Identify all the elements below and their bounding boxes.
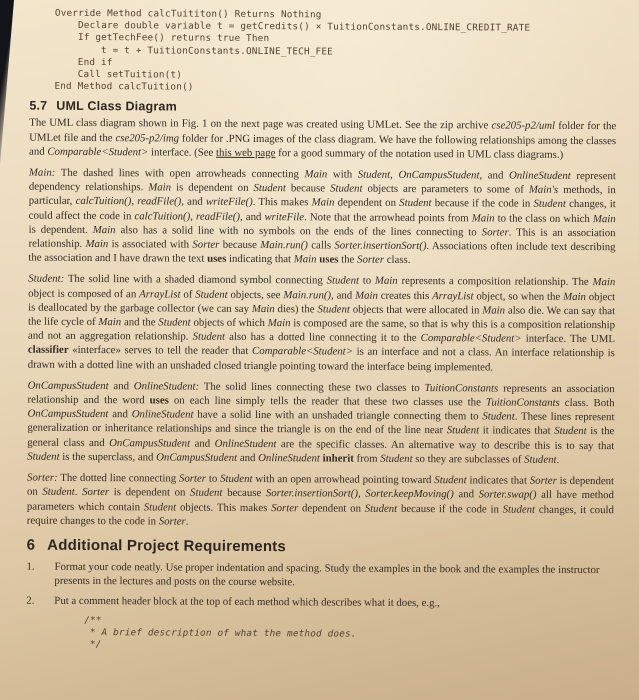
- list-item-text: Format your code neatly. Use proper inde…: [54, 560, 613, 592]
- text-run: Sorter: [357, 254, 384, 266]
- text-run: class.: [384, 254, 410, 266]
- code-line: End Method calcTuition(): [54, 81, 616, 97]
- text-run: Main: [85, 238, 108, 250]
- text-run: because: [219, 239, 260, 251]
- text-run: readFile(): [196, 210, 240, 222]
- text-run: Student: [317, 303, 349, 315]
- text-run: Sorter: [159, 515, 186, 527]
- text-run: objects, see: [228, 288, 284, 300]
- text-run: Main: [592, 277, 615, 289]
- text-run: Student:: [28, 273, 64, 285]
- text-run: ArrayList: [432, 290, 473, 302]
- text-run: and: [190, 437, 215, 449]
- text-run: objects that were allocated in: [350, 303, 482, 316]
- text-run: Student: [554, 425, 586, 437]
- requirements-list: 1. Format your code neatly. Use proper i…: [26, 560, 613, 612]
- text-run: OnCampusStudent: [398, 169, 479, 181]
- text-run: objects of which: [191, 317, 268, 329]
- comment-header-example-block: /** * A brief description of what the me…: [84, 614, 613, 654]
- text-run: calcTuition(): [76, 195, 132, 207]
- text-run: Main: [593, 213, 616, 225]
- section-heading-uml-class-diagram: 5.7UML Class Diagram: [29, 99, 616, 117]
- text-run: also has a solid line with no symbols on…: [116, 224, 482, 238]
- text-run: from: [354, 452, 380, 464]
- text-run: Student: [42, 486, 74, 498]
- text-run: .: [557, 454, 560, 466]
- text-run: OnCampusStudent: [28, 379, 109, 391]
- text-run: Sorter: [271, 502, 298, 514]
- text-run: OnlineStudent: [215, 437, 277, 449]
- text-run: . This makes: [253, 196, 312, 208]
- text-run: on each line simply tells the reader tha…: [169, 395, 486, 409]
- text-run: to: [206, 473, 220, 485]
- text-run: Student: [524, 454, 556, 466]
- text-run: Sorter: [82, 486, 109, 498]
- text-run: objects. This makes: [176, 501, 271, 514]
- text-run: Student: [434, 474, 466, 486]
- text-run: Student: [158, 316, 190, 328]
- paragraph-oncampus-online: OnCampusStudent and OnlineStudent: The s…: [27, 378, 615, 467]
- section-number: 5.7: [29, 99, 47, 113]
- text-run: , and: [331, 289, 355, 301]
- text-run: dependent on: [334, 197, 399, 209]
- text-run: is the superclass, and: [60, 451, 157, 464]
- list-item-text: Put a comment header block at the top of…: [54, 594, 613, 612]
- text-run: have a solid line with an unshaded trian…: [193, 409, 482, 423]
- text-run: Sorter:: [27, 472, 58, 484]
- section-number: 6: [27, 537, 36, 554]
- text-run: is dependent on: [109, 486, 190, 498]
- text-run: Student: [193, 331, 225, 343]
- text-run: , and: [479, 169, 509, 181]
- text-run: object, so when the: [473, 290, 563, 303]
- text-run: Student: [533, 198, 565, 210]
- text-run: OnlineStudent:: [134, 380, 199, 392]
- text-run: dies) the: [275, 303, 318, 315]
- paragraph-student: Student: The solid line with a shaded di…: [28, 272, 616, 375]
- text-run: Sorter.insertionSort(): [266, 487, 358, 500]
- text-run: interface. The UML: [522, 333, 615, 346]
- text-run: also has a dotted line connecting it to …: [225, 331, 421, 344]
- text-run: Student: [380, 453, 412, 465]
- text-run: to the class on which: [495, 212, 593, 225]
- text-run: are the specific classes. An alternative…: [276, 438, 614, 452]
- text-run: Main: [355, 289, 378, 301]
- text-run: Sorter.keepMoving(): [365, 488, 454, 501]
- text-run: Main: [98, 316, 121, 328]
- text-run: dependent on: [298, 502, 365, 514]
- text-run: the: [338, 254, 357, 266]
- text-run: .: [186, 515, 189, 527]
- text-run: and: [109, 380, 134, 392]
- text-run: indicating that: [226, 253, 294, 265]
- text-run: . Note that the arrowhead points from: [304, 211, 472, 224]
- text-run: Student: [330, 183, 362, 195]
- text-run: Sorter.swap(): [479, 489, 537, 501]
- text-run: cse205-p2/img: [115, 132, 179, 144]
- text-run: inherit: [323, 452, 354, 464]
- text-run: Sorter: [482, 226, 509, 238]
- text-run: indicates that: [467, 474, 530, 486]
- text-run: Main: [312, 197, 335, 209]
- text-run: Main.run(): [260, 239, 308, 251]
- text-run: uses: [150, 394, 169, 406]
- text-run: it indicates that: [479, 425, 554, 437]
- text-run: Main: [294, 253, 317, 265]
- text-run: Student: [220, 473, 252, 485]
- text-run: OnCampusStudent: [156, 451, 237, 463]
- text-run: Main: [93, 224, 116, 236]
- text-run: Sorter.insertionSort(): [334, 240, 426, 253]
- text-run: calcTuition(): [134, 210, 190, 222]
- text-run: OnCampusStudent: [109, 437, 190, 449]
- pseudocode-block-calctuition: Override Method calcTuititon() Returns N…: [54, 8, 617, 97]
- text-run: Sorter: [192, 239, 219, 251]
- text-run: writeFile(): [206, 196, 253, 208]
- text-run: calls: [308, 239, 335, 251]
- text-run: Student: [503, 503, 535, 515]
- text-run: OnlineStudent: [132, 409, 194, 421]
- paragraph-main: Main: The dashed lines with open arrowhe…: [28, 166, 616, 269]
- text-run: with: [327, 168, 358, 180]
- list-item-number: 2.: [26, 594, 54, 608]
- text-run: Sorter: [179, 473, 206, 485]
- section-title: Additional Project Requirements: [47, 537, 286, 555]
- text-run: because if the code in: [397, 502, 503, 515]
- text-run: Main:: [29, 167, 55, 179]
- photographed-document-page: Override Method calcTuititon() Returns N…: [0, 0, 639, 700]
- text-run: Main.run(): [283, 289, 331, 301]
- section-heading-additional-requirements: 6Additional Project Requirements: [27, 537, 614, 558]
- text-run: Main: [304, 168, 327, 180]
- text-run: Student: [253, 182, 285, 194]
- page-content: Override Method calcTuititon() Returns N…: [0, 0, 639, 700]
- text-run: to: [359, 275, 375, 287]
- text-run: Comparable<Student>: [252, 345, 353, 358]
- text-run: Main: [482, 304, 505, 316]
- text-run: for a good summary of the notation used …: [275, 147, 563, 161]
- text-run: Main: [472, 212, 495, 224]
- text-run: class. Both: [560, 397, 615, 409]
- text-run: Student: [447, 425, 479, 437]
- text-run: cse205-p2/uml: [491, 120, 555, 132]
- list-item: 1. Format your code neatly. Use proper i…: [26, 560, 613, 592]
- text-run: Comparable<Student>: [421, 332, 522, 345]
- text-run: The solid line with a shaded diamond sym…: [64, 273, 326, 287]
- text-run: is dependent on: [171, 182, 253, 195]
- text-run: TuitionConstants: [424, 382, 498, 394]
- text-run: OnlineStudent: [509, 170, 571, 182]
- text-run: «interface» serves to tell the reader th…: [69, 344, 252, 357]
- text-run: and the: [121, 316, 158, 328]
- text-run: Student: [327, 275, 359, 287]
- text-run: because: [222, 487, 266, 499]
- text-run: , and: [181, 196, 206, 208]
- text-run: The solid lines connecting these two cla…: [199, 381, 424, 394]
- text-run: object is composed of an: [28, 287, 139, 300]
- code-line: */: [84, 639, 613, 654]
- text-run: because if the code in: [432, 198, 534, 211]
- text-run: Student: [27, 451, 59, 463]
- list-item-number: 1.: [26, 560, 54, 589]
- text-run: Main: [375, 275, 398, 287]
- text-run: Main: [148, 182, 171, 194]
- text-run: Student: [482, 411, 514, 423]
- text-run: OnlineStudent: [258, 452, 320, 464]
- text-run: Sorter: [530, 475, 557, 487]
- text-run: with an open arrowhead pointing toward: [252, 473, 434, 486]
- text-run: and: [454, 489, 479, 501]
- text-run: readFile(): [137, 196, 181, 208]
- text-run: The UML class diagram shown in Fig. 1 on…: [29, 117, 491, 132]
- text-run: The dashed lines with open arrowheads co…: [55, 167, 304, 181]
- text-run: Student: [399, 197, 431, 209]
- text-run: ArrayList: [139, 288, 180, 300]
- text-run: is associated with: [108, 238, 192, 251]
- text-run: The dotted line connecting: [58, 472, 179, 485]
- text-run: Student: [144, 501, 176, 513]
- text-run: so they are subclasses of: [413, 453, 525, 466]
- text-run: uses: [207, 253, 226, 265]
- text-run: Student: [358, 169, 390, 181]
- web-page-link[interactable]: this web page: [216, 147, 275, 159]
- text-run: and: [237, 452, 258, 464]
- text-run: , and: [240, 211, 265, 223]
- list-item: 2. Put a comment header block at the top…: [26, 594, 613, 612]
- text-run: Student: [365, 502, 397, 514]
- text-run: objects are parameters to some of: [362, 183, 528, 196]
- text-run: creates this: [378, 289, 432, 301]
- text-run: is dependent.: [29, 223, 93, 235]
- text-run: Student: [195, 288, 227, 300]
- text-run: Student: [190, 487, 222, 499]
- text-run: interface. (See: [148, 146, 216, 158]
- text-run: ,: [390, 169, 398, 181]
- paragraph-sorter: Sorter: The dotted line connecting Sorte…: [27, 471, 614, 531]
- text-run: Main: [252, 303, 275, 315]
- text-run: classifier: [28, 344, 69, 356]
- text-run: writeFile: [264, 211, 304, 223]
- text-run: Comparable<Student>: [47, 146, 148, 159]
- text-run: represents a composition relationship. T…: [398, 275, 593, 288]
- text-run: Main: [268, 317, 291, 329]
- text-run: Main's: [529, 184, 558, 196]
- text-run: TuitionConstants: [486, 396, 560, 408]
- text-run: Main: [563, 291, 586, 303]
- text-run: uses: [319, 254, 338, 266]
- text-run: because: [286, 182, 330, 194]
- text-run: and: [108, 408, 131, 420]
- paragraph-uml-intro: The UML class diagram shown in Fig. 1 on…: [29, 116, 616, 162]
- section-title: UML Class Diagram: [56, 99, 177, 114]
- text-run: OnCampusStudent: [27, 408, 108, 420]
- text-run: of: [180, 288, 195, 300]
